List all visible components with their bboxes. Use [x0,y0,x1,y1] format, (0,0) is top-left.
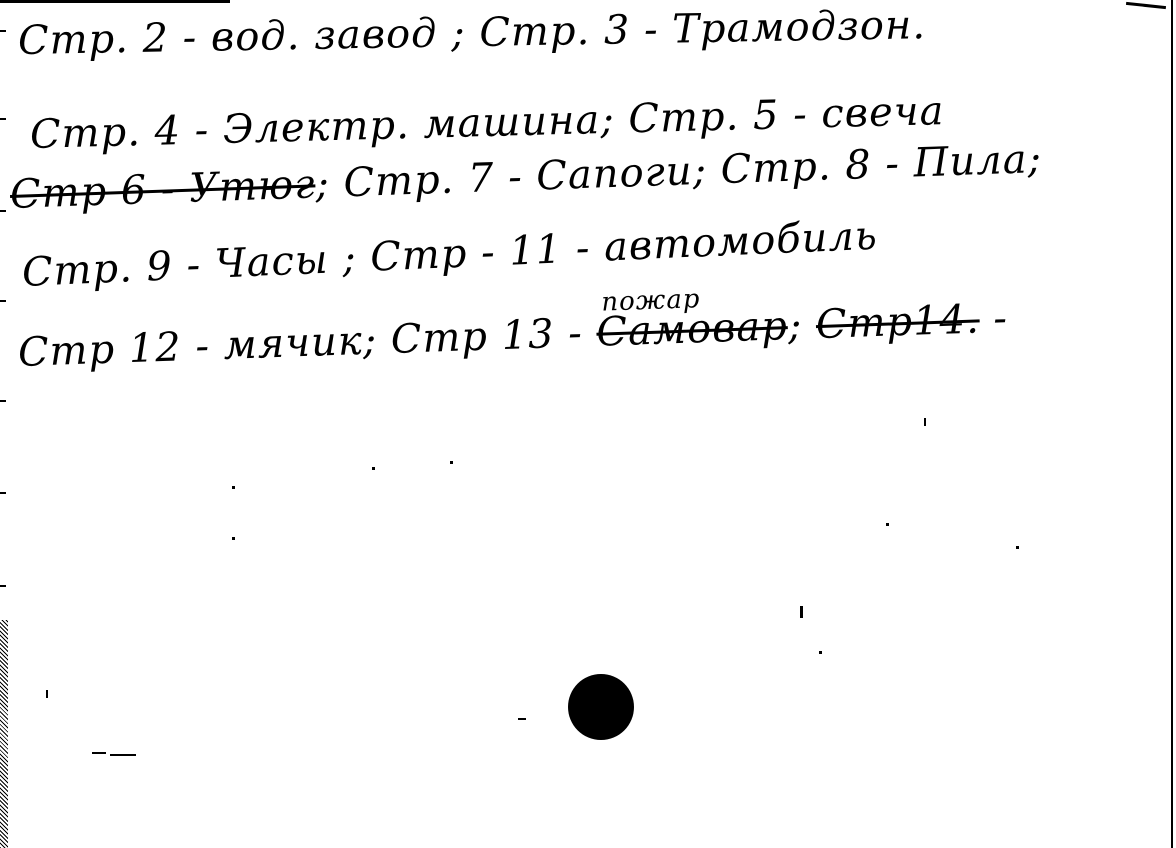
index-card: Стр. 2 - вод. завод ; Стр. 3 - Трамодзон… [0,0,1176,848]
scan-edge-top [0,0,230,3]
speck [450,461,453,464]
line-segment: Стр. 2 - вод. завод ; [18,10,480,64]
speck [819,651,822,654]
ink-blot [568,674,634,740]
margin-tick [0,400,6,402]
line-segment: Стр. 5 - свеча [628,88,945,142]
scan-edge-mark [1126,2,1166,9]
line-segment: Стр. 4 - Электр. машина; [29,96,629,158]
scan-edge-right [1171,0,1173,848]
speck [886,523,889,526]
margin-tick [0,585,6,587]
line-segment: Стр. 9 - Часы ; [21,235,371,296]
speck [800,606,803,618]
speck [924,418,926,426]
speck [232,486,235,489]
speck [46,690,48,698]
speck [232,537,235,540]
margin-tick [0,492,6,494]
struck-segment: Стр14. [815,296,980,348]
stray-dash [110,754,136,756]
insertion-above: пожар [601,284,701,317]
line-segment: Стр. 8 - Пила; [720,136,1043,193]
struck-segment: Стр 6 - Утюг [9,161,316,218]
handwritten-line-1: Стр. 2 - вод. завод ; Стр. 3 - Трамодзон… [18,2,927,64]
speck [372,467,375,470]
stray-dash [92,752,106,754]
line-segment: Стр 12 - мячик; [17,317,391,376]
line-segment: Стр - 11 - автомобиль [369,213,878,281]
margin-tick [0,30,6,32]
margin-tick [0,300,6,302]
margin-tick [0,210,6,212]
line-segment: ; Стр. 7 - Сапоги; [315,147,722,207]
scan-noise-left [0,620,8,848]
margin-tick [0,118,6,120]
correction-group: пожарСамовар [596,303,789,356]
speck [1016,546,1019,549]
line-segment: Стр 13 - [390,310,597,363]
handwritten-line-5: Стр 12 - мячик; Стр 13 - пожарСамовар; С… [17,295,1008,376]
line-segment: - [979,295,1009,342]
handwritten-line-4: Стр. 9 - Часы ; Стр - 11 - автомобиль [21,213,879,296]
line-segment: ; [787,302,817,349]
stray-dash [518,718,526,720]
line-segment: Стр. 3 - Трамодзон. [479,2,926,56]
